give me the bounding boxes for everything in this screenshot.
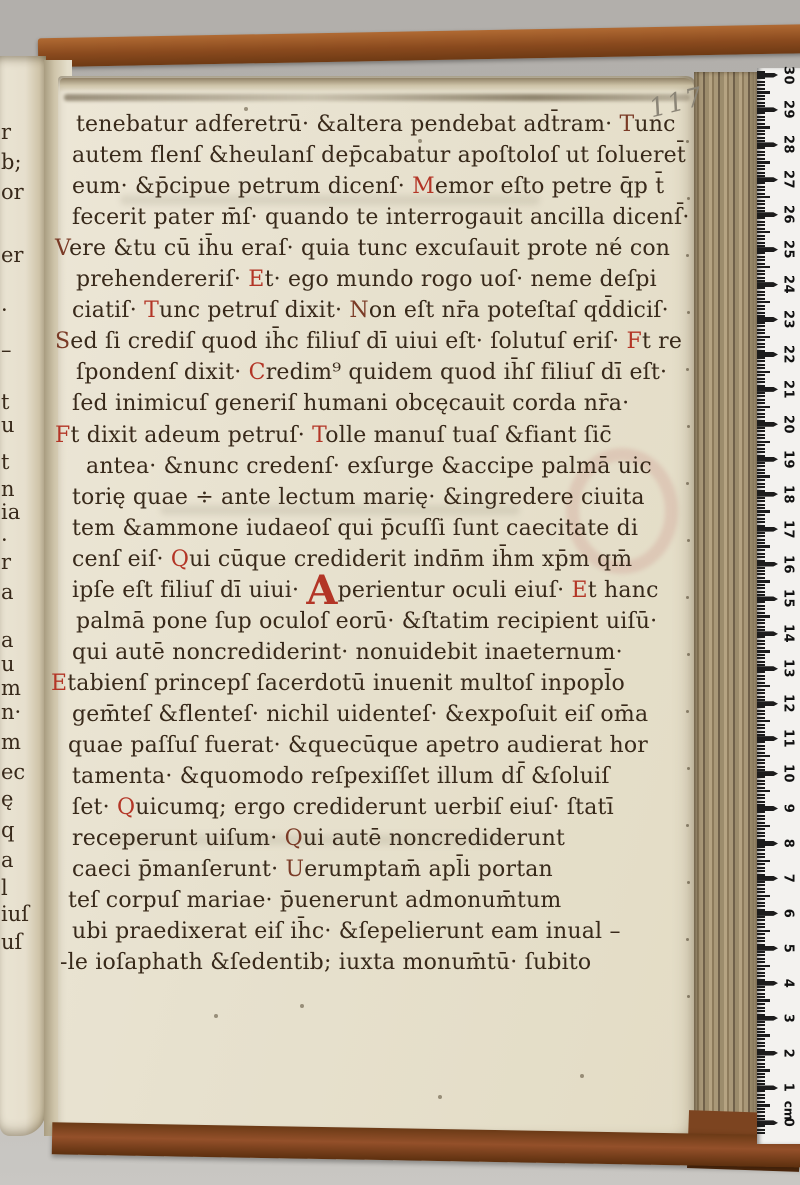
ruler-number: 19 <box>781 448 796 470</box>
prick-mark <box>686 254 689 257</box>
ruler-mm-tick <box>757 734 765 736</box>
prick-mark <box>687 311 690 314</box>
ruler-mm-tick <box>757 1003 765 1005</box>
ruler-mm-tick <box>757 996 765 998</box>
ruler-mm-tick <box>757 332 765 334</box>
ruler-number: 9 <box>781 798 796 820</box>
ruler-mm-tick <box>757 993 765 995</box>
ruler-mm-tick <box>757 133 765 135</box>
ruler-mm-tick <box>757 1132 765 1134</box>
ruler-mm-tick <box>757 577 765 579</box>
ruler-half-cm-tick <box>757 580 770 582</box>
ruler-mm-tick <box>757 629 765 631</box>
ruler-mm-tick <box>757 77 765 79</box>
ruler-number: 27 <box>781 169 796 191</box>
ruler-mm-tick <box>757 573 765 575</box>
ruler-half-cm-tick <box>757 161 770 163</box>
ruler-mm-tick <box>757 1115 765 1117</box>
ruler-half-cm-tick <box>757 91 770 93</box>
ruler-mm-tick <box>757 158 765 160</box>
ruler-half-cm-tick <box>757 545 770 547</box>
ruler-mm-tick <box>757 1129 765 1131</box>
ruler-mm-tick <box>757 881 765 883</box>
ruler-half-cm-tick <box>757 999 770 1001</box>
ruler-mm-tick <box>757 385 765 387</box>
ruler-mm-tick <box>757 434 765 436</box>
ruler-mm-tick <box>757 374 765 376</box>
ruler-mm-tick <box>757 678 765 680</box>
ruler-number: 12 <box>781 693 796 715</box>
ruler-mm-tick <box>757 954 765 956</box>
ruler-mm-tick <box>757 584 765 586</box>
ruler-mm-tick <box>757 280 765 282</box>
ruler-mm-tick <box>757 640 765 642</box>
ruler-mm-tick <box>757 252 765 254</box>
ruler-mm-tick <box>757 350 765 352</box>
ruler-mm-tick <box>757 675 765 677</box>
ruler-mm-tick <box>757 902 765 904</box>
prick-mark <box>686 482 689 485</box>
ink-speck <box>244 107 248 111</box>
ruler-mm-tick <box>757 430 765 432</box>
ruler-mm-tick <box>757 1024 765 1026</box>
ruler-mm-tick <box>757 867 765 869</box>
ruler-mm-tick <box>757 539 765 541</box>
ruler-mm-tick <box>757 1056 765 1058</box>
ruler-mm-tick <box>757 556 765 558</box>
ruler-mm-tick <box>757 664 765 666</box>
ruler-mm-tick <box>757 706 765 708</box>
ruler-mm-tick <box>757 1042 765 1044</box>
prick-mark <box>686 710 689 713</box>
ruler-mm-tick <box>757 395 765 397</box>
ruler-mm-tick <box>757 1049 765 1051</box>
ruler-mm-tick <box>757 874 765 876</box>
ruler-mm-tick <box>757 287 765 289</box>
ruler-number: 7 <box>781 867 796 889</box>
ruler-mm-tick <box>757 745 765 747</box>
ruler-mm-tick <box>757 465 765 467</box>
ruler-mm-tick <box>757 500 765 502</box>
ruler-mm-tick <box>757 140 765 142</box>
ruler-mm-tick <box>757 521 765 523</box>
ruler-mm-tick <box>757 940 765 942</box>
ruler-mm-tick <box>757 731 765 733</box>
ruler-mm-tick <box>757 130 765 132</box>
ruler-mm-tick <box>757 794 765 796</box>
ruler-mm-tick <box>757 835 765 837</box>
ruler-mm-tick <box>757 822 765 824</box>
ruler-mm-tick <box>757 364 765 366</box>
ruler-mm-tick <box>757 151 765 153</box>
ruler-mm-tick <box>757 811 765 813</box>
ruler-half-cm-tick <box>757 231 770 233</box>
ruler-mm-tick <box>757 123 765 125</box>
ruler-mm-tick <box>757 294 765 296</box>
ruler-mm-tick <box>757 399 765 401</box>
ruler-mm-tick <box>757 919 765 921</box>
ruler-mm-tick <box>757 455 765 457</box>
ruler-mm-tick <box>757 203 765 205</box>
ruler-unit-label: cm <box>781 1099 796 1121</box>
ruler-mm-tick <box>757 525 765 527</box>
prick-marks-layer <box>0 0 800 1185</box>
ruler-mm-tick <box>757 221 765 223</box>
ruler-mm-tick <box>757 497 765 499</box>
ruler-mm-tick <box>757 898 765 900</box>
ruler-mm-tick <box>757 207 765 209</box>
ruler-mm-tick <box>757 102 765 104</box>
ruler-number: 5 <box>781 937 796 959</box>
prick-mark <box>687 197 690 200</box>
ruler-mm-tick <box>757 1101 765 1103</box>
ruler-number: 24 <box>781 274 796 296</box>
ruler-half-cm-tick <box>757 1104 770 1106</box>
ruler-mm-tick <box>757 298 765 300</box>
ruler-mm-tick <box>757 472 765 474</box>
ruler-mm-tick <box>757 752 765 754</box>
ruler-mm-tick <box>757 849 765 851</box>
ruler-mm-tick <box>757 951 765 953</box>
ruler-half-cm-tick <box>757 860 770 862</box>
ruler-mm-tick <box>757 741 765 743</box>
ruler-mm-tick <box>757 217 765 219</box>
ruler-mm-tick <box>757 769 765 771</box>
ruler-half-cm-tick <box>757 441 770 443</box>
ruler-number: 13 <box>781 658 796 680</box>
ruler-half-cm-tick <box>757 406 770 408</box>
ruler-mm-tick <box>757 1094 765 1096</box>
prick-mark <box>687 539 690 542</box>
prick-mark <box>687 653 690 656</box>
ruler-number: 17 <box>781 518 796 540</box>
ruler-half-cm-tick <box>757 475 770 477</box>
ruler-mm-tick <box>757 759 765 761</box>
ink-speck <box>418 139 422 143</box>
ruler-mm-tick <box>757 1007 765 1009</box>
ruler-mm-tick <box>757 961 765 963</box>
ruler-mm-tick <box>757 343 765 345</box>
ruler-number: 18 <box>781 483 796 505</box>
ruler-mm-tick <box>757 193 765 195</box>
ruler-mm-tick <box>757 98 765 100</box>
ruler-mm-tick <box>757 696 765 698</box>
ruler-mm-tick <box>757 518 765 520</box>
ruler-mm-tick <box>757 200 765 202</box>
ruler-mm-tick <box>757 175 765 177</box>
ruler-mm-tick <box>757 804 765 806</box>
ruler-mm-tick <box>757 273 765 275</box>
ruler-half-cm-tick <box>757 196 770 198</box>
ruler-half-cm-tick <box>757 685 770 687</box>
ruler-mm-tick <box>757 815 765 817</box>
ruler-mm-tick <box>757 724 765 726</box>
ruler-mm-tick <box>757 612 765 614</box>
ruler-number: 15 <box>781 588 796 610</box>
ruler-mm-tick <box>757 105 765 107</box>
ruler-mm-tick <box>757 88 765 90</box>
ruler-mm-tick <box>757 535 765 537</box>
ruler-mm-tick <box>757 116 765 118</box>
ruler-number: 1 <box>781 1077 796 1099</box>
ink-speck <box>214 1014 218 1018</box>
ruler-number: 29 <box>781 99 796 121</box>
ruler-mm-tick <box>757 339 765 341</box>
ruler-mm-tick <box>757 95 765 97</box>
prick-mark <box>686 596 689 599</box>
ruler-mm-tick <box>757 1108 765 1110</box>
ruler-mm-tick <box>757 168 765 170</box>
ruler-mm-tick <box>757 797 765 799</box>
ruler-mm-tick <box>757 112 765 114</box>
ruler-half-cm-tick <box>757 126 770 128</box>
ruler-mm-tick <box>757 863 765 865</box>
ruler-mm-tick <box>757 643 765 645</box>
ruler-number: 16 <box>781 553 796 575</box>
ruler-half-cm-tick <box>757 825 770 827</box>
ruler-half-cm-tick <box>757 510 770 512</box>
ruler-mm-tick <box>757 608 765 610</box>
ruler-mm-tick <box>757 972 765 974</box>
ruler-mm-tick <box>757 119 765 121</box>
ruler-mm-tick <box>757 909 765 911</box>
ruler-mm-tick <box>757 787 765 789</box>
ruler-mm-tick <box>757 661 765 663</box>
ruler-mm-tick <box>757 1097 765 1099</box>
prick-mark <box>687 995 690 998</box>
ruler-number: 6 <box>781 902 796 924</box>
ruler-mm-tick <box>757 154 765 156</box>
ruler-mm-tick <box>757 514 765 516</box>
prick-mark <box>686 824 689 827</box>
ruler-number: 3 <box>781 1007 796 1029</box>
ruler-mm-tick <box>757 891 765 893</box>
prick-mark <box>686 140 689 143</box>
ruler-half-cm-tick <box>757 930 770 932</box>
prick-mark <box>686 368 689 371</box>
ruler-mm-tick <box>757 619 765 621</box>
ruler-mm-tick <box>757 182 765 184</box>
ruler-mm-tick <box>757 1080 765 1082</box>
ruler-mm-tick <box>757 958 765 960</box>
ruler-mm-tick <box>757 462 765 464</box>
ruler-mm-tick <box>757 1028 765 1030</box>
ruler-mm-tick <box>757 671 765 673</box>
ruler-number: 2 <box>781 1042 796 1064</box>
ruler-mm-tick <box>757 305 765 307</box>
ruler-mm-tick <box>757 416 765 418</box>
ruler-mm-tick <box>757 381 765 383</box>
ruler-half-cm-tick <box>757 615 770 617</box>
ruler-mm-tick <box>757 1076 765 1078</box>
ruler-mm-tick <box>757 622 765 624</box>
ruler-mm-tick <box>757 689 765 691</box>
ruler-mm-tick <box>757 238 765 240</box>
ruler-number: 20 <box>781 413 796 435</box>
manuscript-photo: 117 rb;orer·–tutnia·raaumn·mecęqaliuſuſ … <box>0 0 800 1185</box>
ruler-half-cm-tick <box>757 1069 770 1071</box>
ruler-mm-tick <box>757 542 765 544</box>
ruler-mm-tick <box>757 1010 765 1012</box>
ruler-mm-tick <box>757 905 765 907</box>
ruler-mm-tick <box>757 392 765 394</box>
ruler-mm-tick <box>757 682 765 684</box>
ruler-mm-tick <box>757 1073 765 1075</box>
ruler-mm-tick <box>757 270 765 272</box>
ruler-mm-tick <box>757 870 765 872</box>
ruler-mm-tick <box>757 84 765 86</box>
ruler-mm-tick <box>757 594 765 596</box>
ruler-mm-tick <box>757 444 765 446</box>
ruler-mm-tick <box>757 312 765 314</box>
prick-mark <box>687 425 690 428</box>
ruler-mm-tick <box>757 413 765 415</box>
ruler-mm-tick <box>757 989 765 991</box>
ruler-mm-tick <box>757 926 765 928</box>
ruler-half-cm-tick <box>757 790 770 792</box>
ruler-mm-tick <box>757 172 765 174</box>
ruler-mm-tick <box>757 189 765 191</box>
ruler: 3029282726252423222120191817161514131211… <box>757 68 800 1144</box>
ruler-half-cm-tick <box>757 755 770 757</box>
ruler-mm-tick <box>757 256 765 258</box>
ruler-mm-tick <box>757 692 765 694</box>
ruler-mm-tick <box>757 322 765 324</box>
ruler-mm-tick <box>757 235 765 237</box>
ink-speck <box>438 1095 442 1099</box>
ruler-number: 26 <box>781 204 796 226</box>
ruler-mm-tick <box>757 479 765 481</box>
ruler-mm-tick <box>757 570 765 572</box>
ruler-mm-tick <box>757 839 765 841</box>
ruler-mm-tick <box>757 486 765 488</box>
ruler-mm-tick <box>757 828 765 830</box>
ruler-mm-tick <box>757 710 765 712</box>
ruler-mm-tick <box>757 748 765 750</box>
ruler-mm-tick <box>757 1021 765 1023</box>
ruler-mm-tick <box>757 210 765 212</box>
ruler-mm-tick <box>757 420 765 422</box>
ruler-number: 10 <box>781 763 796 785</box>
ruler-mm-tick <box>757 1090 765 1092</box>
ruler-mm-tick <box>757 776 765 778</box>
ruler-mm-tick <box>757 291 765 293</box>
ruler-mm-tick <box>757 263 765 265</box>
ruler-mm-tick <box>757 986 765 988</box>
ruler-mm-tick <box>757 968 765 970</box>
ruler-mm-tick <box>757 856 765 858</box>
ruler-mm-tick <box>757 933 765 935</box>
ruler-mm-tick <box>757 1066 765 1068</box>
ruler-mm-tick <box>757 469 765 471</box>
ruler-mm-tick <box>757 783 765 785</box>
ruler-half-cm-tick <box>757 1034 770 1036</box>
ruler-mm-tick <box>757 427 765 429</box>
ruler-mm-tick <box>757 147 765 149</box>
ruler-number: 25 <box>781 239 796 261</box>
ruler-half-cm-tick <box>757 266 770 268</box>
ruler-number: 4 <box>781 972 796 994</box>
ruler-mm-tick <box>757 1031 765 1033</box>
ruler-half-cm-tick <box>757 301 770 303</box>
ruler-half-cm-tick <box>757 650 770 652</box>
ink-speck <box>300 1004 304 1008</box>
ruler-number: 22 <box>781 343 796 365</box>
ruler-mm-tick <box>757 186 765 188</box>
ruler-mm-tick <box>757 242 765 244</box>
ruler-mm-tick <box>757 801 765 803</box>
ruler-mm-tick <box>757 601 765 603</box>
ruler-mm-tick <box>757 766 765 768</box>
ruler-mm-tick <box>757 647 765 649</box>
ruler-mm-tick <box>757 717 765 719</box>
ruler-mm-tick <box>757 591 765 593</box>
ruler-mm-tick <box>757 1059 765 1061</box>
ruler-mm-tick <box>757 846 765 848</box>
prick-mark <box>687 881 690 884</box>
ruler-mm-tick <box>757 626 765 628</box>
ruler-number: 28 <box>781 134 796 156</box>
prick-mark <box>686 938 689 941</box>
ink-speck <box>610 242 614 246</box>
ruler-mm-tick <box>757 560 765 562</box>
ruler-mm-tick <box>757 490 765 492</box>
ruler-mm-tick <box>757 587 765 589</box>
ruler-half-cm-tick <box>757 371 770 373</box>
ink-speck <box>580 1074 584 1078</box>
ruler-mm-tick <box>757 346 765 348</box>
ruler-mm-tick <box>757 224 765 226</box>
ruler-mm-tick <box>757 636 765 638</box>
ruler-mm-tick <box>757 451 765 453</box>
ruler-mm-tick <box>757 553 765 555</box>
ruler-mm-tick <box>757 1045 765 1047</box>
ruler-mm-tick <box>757 1014 765 1016</box>
ruler-mm-tick <box>757 228 765 230</box>
ruler-mm-tick <box>757 165 765 167</box>
ruler-half-cm-tick <box>757 336 770 338</box>
ruler-mm-tick <box>757 504 765 506</box>
ruler-mm-tick <box>757 818 765 820</box>
ruler-mm-tick <box>757 357 765 359</box>
ruler-mm-tick <box>757 259 765 261</box>
ruler-mm-tick <box>757 888 765 890</box>
ruler-mm-tick <box>757 277 765 279</box>
ruler-mm-tick <box>757 762 765 764</box>
ruler-mm-tick <box>757 245 765 247</box>
ruler-mm-tick <box>757 409 765 411</box>
ruler-mm-tick <box>757 437 765 439</box>
ruler-mm-tick <box>757 713 765 715</box>
ruler-mm-tick <box>757 727 765 729</box>
ruler-mm-tick <box>757 975 765 977</box>
ruler-mm-tick <box>757 654 765 656</box>
ruler-mm-tick <box>757 329 765 331</box>
ruler-mm-tick <box>757 605 765 607</box>
ruler-mm-tick <box>757 657 765 659</box>
ruler-mm-tick <box>757 71 765 73</box>
ruler-mm-tick <box>757 979 765 981</box>
ruler-number: 14 <box>781 623 796 645</box>
ruler-mm-tick <box>757 1063 765 1065</box>
ruler-mm-tick <box>757 780 765 782</box>
ruler-number: 11 <box>781 728 796 750</box>
ruler-mm-tick <box>757 549 765 551</box>
ruler-mm-tick <box>757 483 765 485</box>
ruler-mm-tick <box>757 1111 765 1113</box>
ruler-number: 21 <box>781 378 796 400</box>
ruler-number: 23 <box>781 309 796 331</box>
